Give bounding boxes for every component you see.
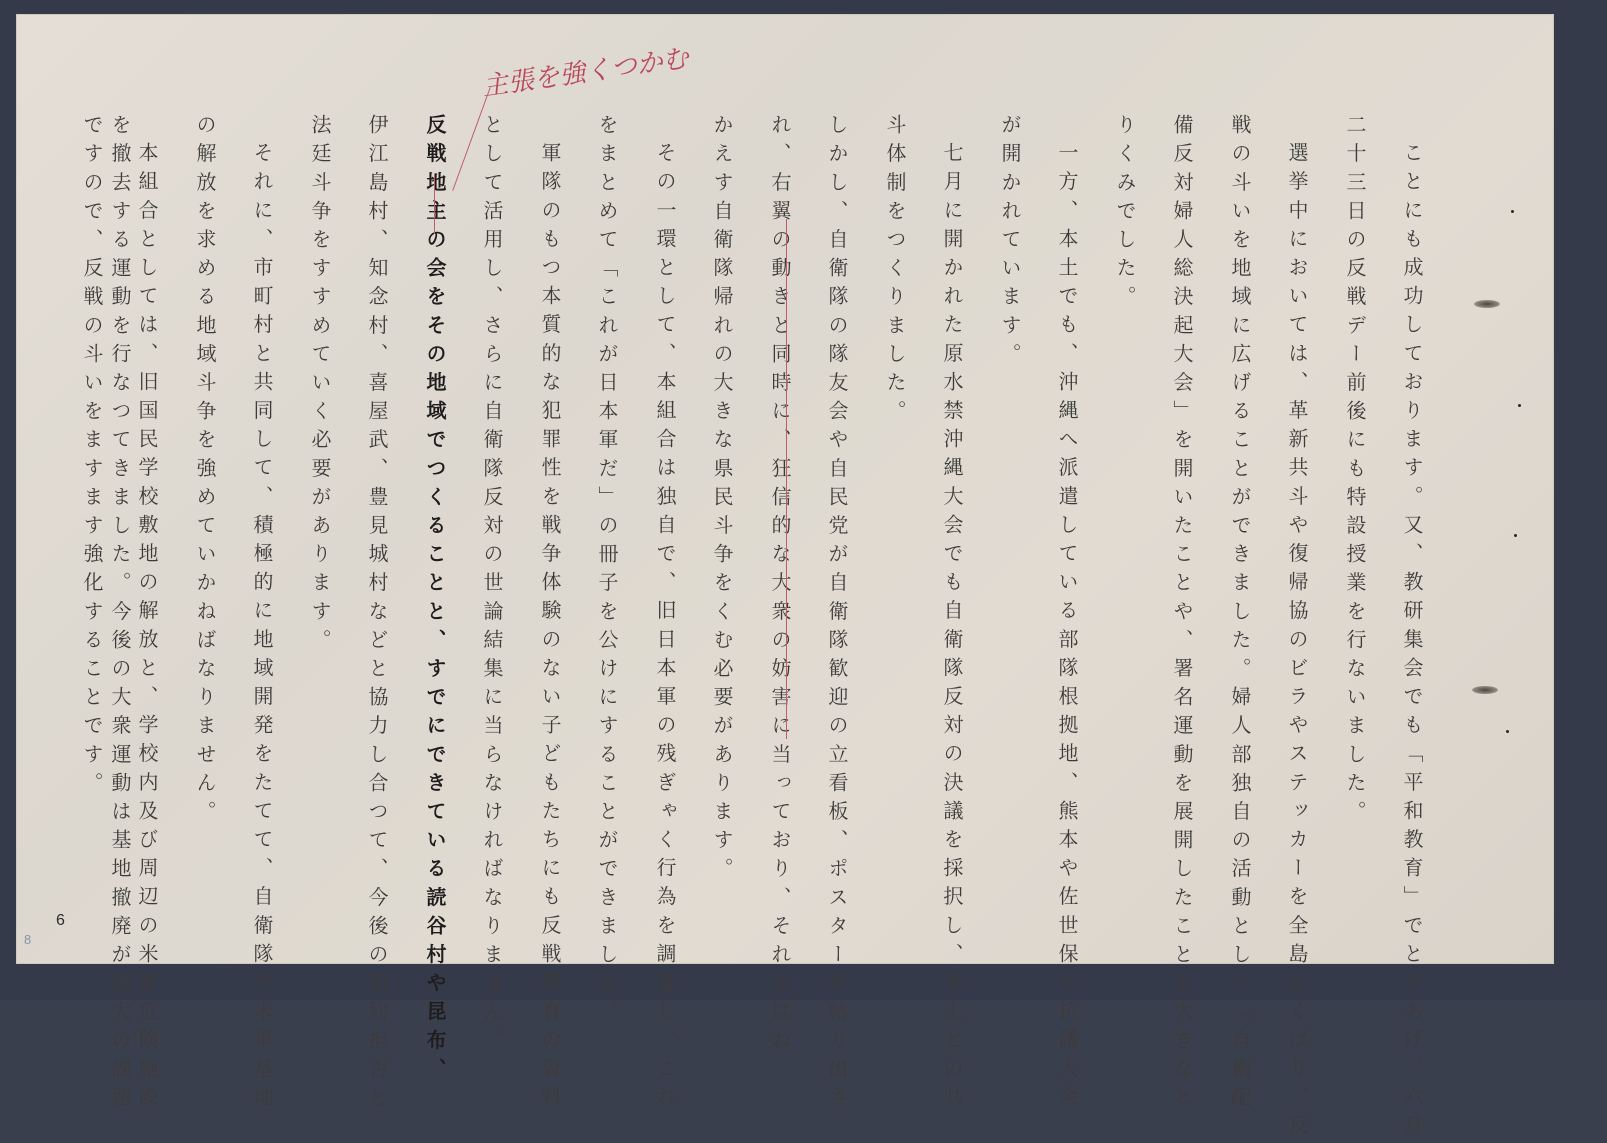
- page-number-secondary: 8: [24, 932, 31, 947]
- text-column: 軍隊のもつ本質的な犯罪性を戦争体験のない子どもたちにも反戦教育の資料: [536, 142, 564, 1000]
- page-number: 6: [56, 912, 65, 930]
- text-column: 斗体制をつくりました。: [881, 114, 909, 429]
- text-column: 法廷斗争をすすめていく必要があります。: [306, 114, 334, 657]
- annotation-margin-line: [434, 174, 435, 234]
- binding-mark: [1514, 534, 1517, 537]
- vertical-text-body: ことにも成功しております。又、教研集会でも「平和教育」でとりあげ、六月 二十三日…: [16, 14, 1554, 964]
- text-column: をまとめて「これが日本軍だ」の冊子を公けにすることができました。: [593, 114, 621, 1000]
- text-column: 備反対婦人総決起大会」を開いたことや、署名運動を展開したことも大きなと: [1168, 114, 1196, 1000]
- binding-mark: [1518, 404, 1521, 407]
- binding-hole: [1472, 686, 1498, 694]
- text-column: を撤去する運動を行なつてきました。今後の大衆運動は基地撤廃が最大の課題: [106, 114, 134, 1000]
- binding-mark: [1506, 730, 1509, 733]
- scanned-page-background: ことにも成功しております。又、教研集会でも「平和教育」でとりあげ、六月 二十三日…: [0, 0, 1607, 1000]
- text-column: が開かれています。: [996, 114, 1024, 371]
- annotation-margin-line: [786, 219, 787, 739]
- text-column: 一方、本土でも、沖縄へ派遣している部隊根拠地、熊本や佐世保で抗議大会: [1053, 142, 1081, 1000]
- text-column: 反戦地主の会をその地域でつくることと、すでにできている読谷村や昆布、: [421, 114, 449, 1000]
- text-column: ですので、反戦の斗いをますます強化することです。: [78, 114, 106, 800]
- text-column: 二十三日の反戦デー前後にも特設授業を行ないました。: [1341, 114, 1369, 829]
- text-column: 伊江島村、知念村、喜屋武、豊見城村などと協力し合つて、今後の契約拒否と: [363, 114, 391, 1000]
- text-column: りくみでした。: [1111, 114, 1139, 314]
- text-column: の解放を求める地域斗争を強めていかねばなりません。: [191, 114, 219, 829]
- text-column: それに、市町村と共同して、積極的に地域開発をたてて、自衛隊や米軍基地: [248, 142, 276, 1000]
- binding-hole: [1474, 300, 1500, 308]
- text-column: 七月に開かれた原水禁沖縄大会でも自衛隊反対の決議を採択し、本土との共: [938, 142, 966, 1000]
- text-column: として活用し、さらに自衛隊反対の世論結集に当らなければなりません。: [478, 114, 506, 1000]
- text-column: れ、右翼の動きと同時に、狂信的な大衆の妨害に当っており、それをはね: [766, 114, 794, 1000]
- text-column: 戦の斗いを地域に広げることができました。婦人部独自の活動として「自衛配: [1226, 114, 1254, 1000]
- binding-mark: [1511, 210, 1514, 213]
- text-column: しかし、自衛隊の隊友会や自民党が自衛隊歓迎の立看板、ポスターが帖り出さ: [823, 114, 851, 1000]
- document-page: ことにも成功しております。又、教研集会でも「平和教育」でとりあげ、六月 二十三日…: [16, 14, 1554, 964]
- text-column: かえす自衛隊帰れの大きな県民斗争をくむ必要があります。: [708, 114, 736, 886]
- text-column: 選挙中においては、革新共斗や復帰協のビラやステッカーを全島にくばり、反: [1283, 142, 1311, 1000]
- text-column: その一環として、本組合は独自で、旧日本軍の残ぎゃく行為を調査し、これ: [651, 142, 679, 1000]
- text-column: ことにも成功しております。又、教研集会でも「平和教育」でとりあげ、六月: [1398, 142, 1426, 1000]
- text-column: 本組合としては、旧国民学校敷地の解放と、学校内及び周辺の米軍危険施設: [133, 142, 161, 1000]
